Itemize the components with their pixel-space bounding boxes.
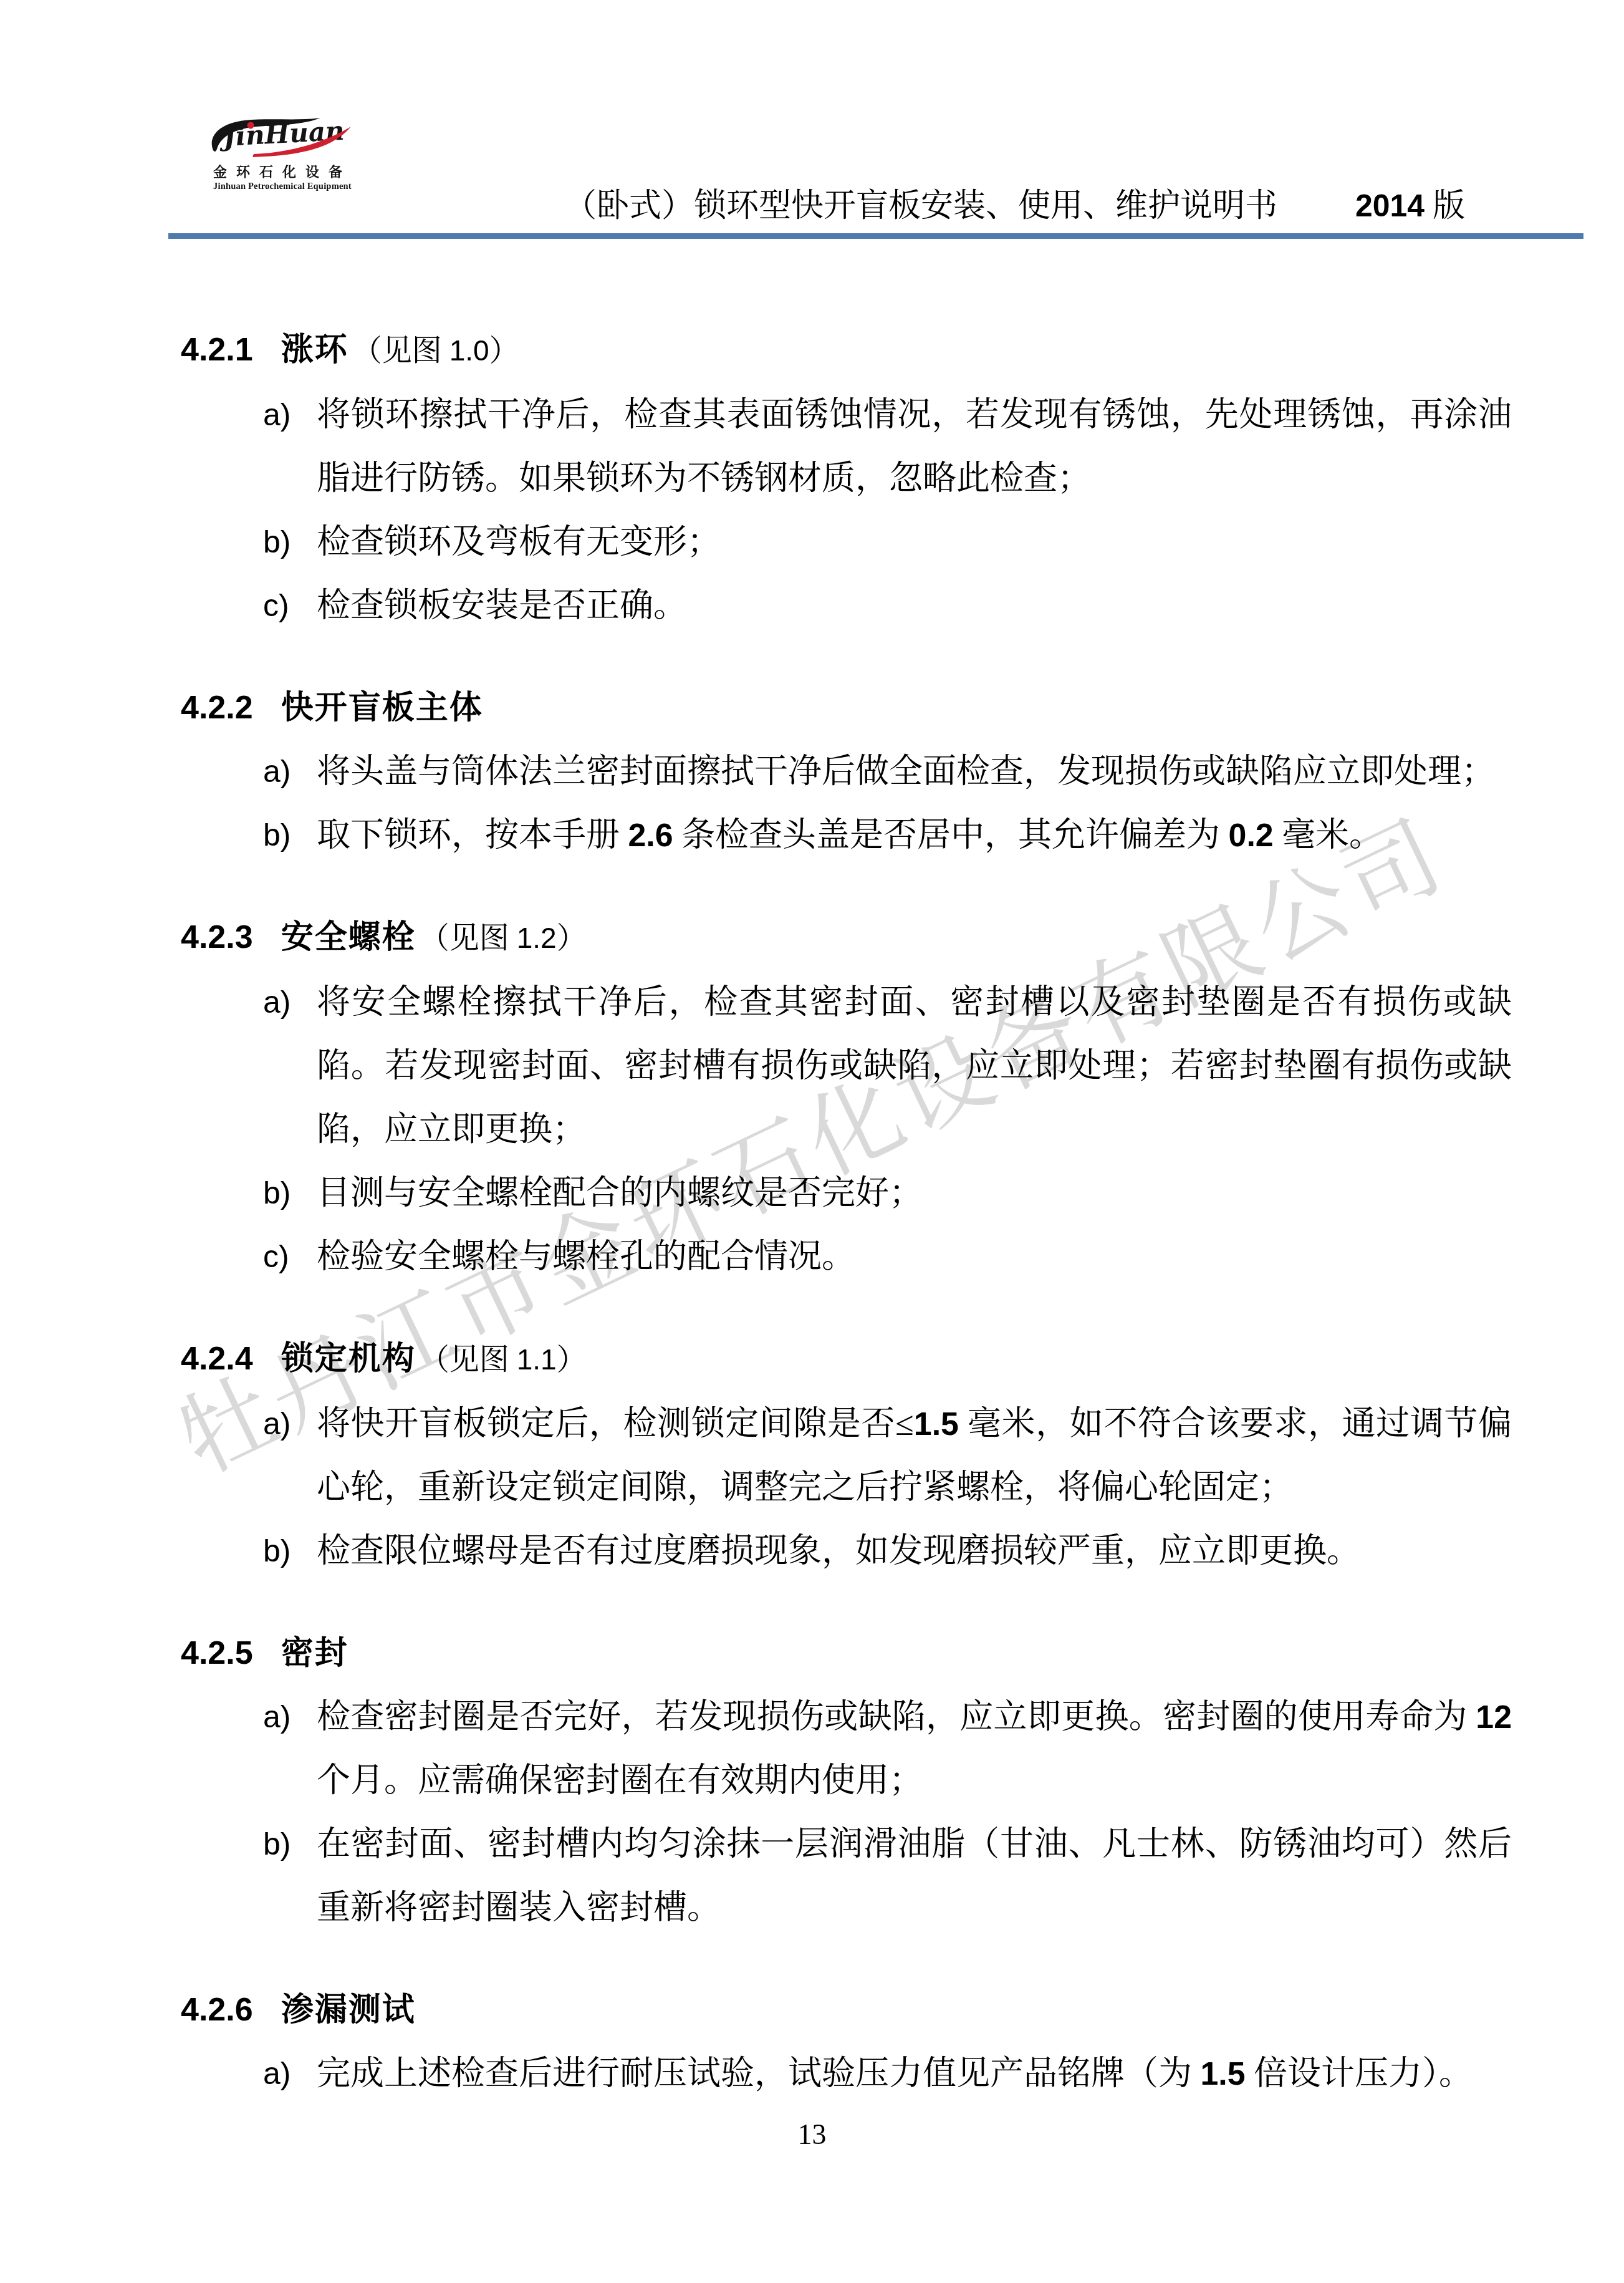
section-title: 快开盲板主体: [281, 690, 483, 726]
header-divider-rule: [168, 233, 1583, 239]
list-item-text: 将安全螺栓擦拭干净后，检查其密封面、密封槽以及密封垫圈是否有损伤或缺陷。若发现密…: [317, 983, 1512, 1148]
section-heading: 4.2.6渗漏测试: [181, 1978, 1512, 2042]
page-number: 13: [0, 2118, 1624, 2151]
list-item: b) 检查限位螺母是否有过度磨损现象，如发现磨损较严重，应立即更换。: [181, 1519, 1512, 1583]
section-figure-ref: （见图 1.2）: [420, 922, 587, 955]
list-item-text: 目测与安全螺栓配合的内螺纹是否完好；: [317, 1174, 923, 1212]
list-item: a) 将快开盲板锁定后，检测锁定间隙是否≤1.5 毫米，如不符合该要求，通过调节…: [181, 1392, 1512, 1519]
list-item: a) 检查密封圈是否完好，若发现损伤或缺陷，应立即更换。密封圈的使用寿命为 12…: [181, 1685, 1512, 1812]
section-title: 涨环: [281, 332, 348, 368]
list-item-marker: a): [263, 1392, 291, 1455]
section-figure-ref: （见图 1.1）: [420, 1343, 587, 1376]
section-heading: 4.2.3安全螺栓（见图 1.2）: [181, 905, 1512, 970]
list-item-text: 将快开盲板锁定后，检测锁定间隙是否≤1.5 毫米，如不符合该要求，通过调节偏心轮…: [317, 1405, 1512, 1506]
list-item-marker: c): [263, 1225, 289, 1288]
logo-swoosh-graphic: JinHuan: [209, 117, 353, 158]
list-item: b) 检查锁环及弯板有无变形；: [181, 510, 1512, 574]
section-title: 密封: [281, 1635, 348, 1671]
section-number: 4.2.4: [181, 1341, 253, 1377]
list-item: b) 在密封面、密封槽内均匀涂抹一层润滑油脂（甘油、凡士林、防锈油均可）然后重新…: [181, 1812, 1512, 1939]
list-item: b) 取下锁环，按本手册 2.6 条检查头盖是否居中，其允许偏差为 0.2 毫米…: [181, 803, 1512, 867]
manual-content: 4.2.1涨环（见图 1.0） a) 将锁环擦拭干净后，检查其表面锈蚀情况，若发…: [181, 318, 1512, 2105]
logo-red-dot: [247, 122, 254, 129]
section-number: 4.2.5: [181, 1635, 253, 1671]
section-heading: 4.2.5密封: [181, 1621, 1512, 1685]
section-4-2-5: 4.2.5密封 a) 检查密封圈是否完好，若发现损伤或缺陷，应立即更换。密封圈的…: [181, 1621, 1512, 1939]
section-number: 4.2.6: [181, 1992, 253, 2028]
document-title: （卧式）锁环型快开盲板安装、使用、维护说明书: [564, 188, 1277, 224]
list-item-marker: b): [263, 1812, 291, 1876]
logo-chinese-name: 金环石化设备: [209, 162, 358, 181]
list-item-marker: b): [263, 803, 291, 867]
list-item-text: 检查锁板安装是否正确。: [317, 587, 687, 624]
list-item-text: 取下锁环，按本手册 2.6 条检查头盖是否居中，其允许偏差为 0.2 毫米。: [317, 816, 1383, 854]
list-item-text: 将锁环擦拭干净后，检查其表面锈蚀情况，若发现有锈蚀，先处理锈蚀，再涂油脂进行防锈…: [317, 396, 1512, 497]
list-item-text: 检查锁环及弯板有无变形；: [317, 523, 721, 561]
list-item: a) 将头盖与筒体法兰密封面擦拭干净后做全面检查，发现损伤或缺陷应立即处理；: [181, 740, 1512, 803]
list-item: c) 检查锁板安装是否正确。: [181, 574, 1512, 637]
list-item-marker: c): [263, 574, 289, 637]
section-number: 4.2.3: [181, 919, 253, 955]
section-heading: 4.2.1涨环（见图 1.0）: [181, 318, 1512, 383]
section-heading: 4.2.2快开盲板主体: [181, 676, 1512, 740]
section-4-2-6: 4.2.6渗漏测试 a) 完成上述检查后进行耐压试验，试验压力值见产品铭牌（为 …: [181, 1978, 1512, 2105]
list-item-marker: b): [263, 1161, 291, 1225]
section-number: 4.2.2: [181, 690, 253, 726]
list-item-text: 检验安全螺栓与螺栓孔的配合情况。: [317, 1238, 855, 1275]
section-heading: 4.2.4锁定机构（见图 1.1）: [181, 1327, 1512, 1392]
section-4-2-2: 4.2.2快开盲板主体 a) 将头盖与筒体法兰密封面擦拭干净后做全面检查，发现损…: [181, 676, 1512, 867]
logo-english-name: Jinhuan Petrochemical Equipment: [209, 181, 358, 192]
logo-script-text: JinHuan: [218, 117, 345, 152]
list-item-text: 完成上述检查后进行耐压试验，试验压力值见产品铭牌（为 1.5 倍设计压力）。: [317, 2055, 1473, 2092]
section-4-2-4: 4.2.4锁定机构（见图 1.1） a) 将快开盲板锁定后，检测锁定间隙是否≤1…: [181, 1327, 1512, 1583]
document-page: 牡丹江市金环石化设备有限公司 JinHuan 金环石化设备 Jinhuan Pe…: [0, 0, 1624, 2283]
list-item-marker: b): [263, 1519, 291, 1583]
list-item-marker: a): [263, 740, 291, 803]
section-title: 渗漏测试: [281, 1992, 416, 2028]
document-header: （卧式）锁环型快开盲板安装、使用、维护说明书2014 版: [564, 188, 1465, 224]
list-item-text: 将头盖与筒体法兰密封面擦拭干净后做全面检查，发现损伤或缺陷应立即处理；: [317, 753, 1495, 790]
list-item: a) 完成上述检查后进行耐压试验，试验压力值见产品铭牌（为 1.5 倍设计压力）…: [181, 2042, 1512, 2105]
document-edition: 2014 版: [1355, 188, 1465, 224]
list-item: a) 将安全螺栓擦拭干净后，检查其密封面、密封槽以及密封垫圈是否有损伤或缺陷。若…: [181, 970, 1512, 1161]
list-item: b) 目测与安全螺栓配合的内螺纹是否完好；: [181, 1161, 1512, 1225]
section-figure-ref: （见图 1.0）: [352, 334, 519, 367]
section-4-2-1: 4.2.1涨环（见图 1.0） a) 将锁环擦拭干净后，检查其表面锈蚀情况，若发…: [181, 318, 1512, 637]
section-title: 安全螺栓: [281, 919, 416, 955]
list-item: c) 检验安全螺栓与螺栓孔的配合情况。: [181, 1225, 1512, 1288]
list-item-marker: a): [263, 2042, 291, 2105]
section-number: 4.2.1: [181, 332, 253, 368]
company-logo: JinHuan 金环石化设备 Jinhuan Petrochemical Equ…: [209, 117, 358, 192]
list-item-text: 在密封面、密封槽内均匀涂抹一层润滑油脂（甘油、凡士林、防锈油均可）然后重新将密封…: [317, 1825, 1512, 1926]
list-item-marker: a): [263, 383, 291, 446]
list-item-marker: b): [263, 510, 291, 574]
section-4-2-3: 4.2.3安全螺栓（见图 1.2） a) 将安全螺栓擦拭干净后，检查其密封面、密…: [181, 905, 1512, 1288]
list-item-marker: a): [263, 970, 291, 1034]
list-item: a) 将锁环擦拭干净后，检查其表面锈蚀情况，若发现有锈蚀，先处理锈蚀，再涂油脂进…: [181, 383, 1512, 510]
list-item-marker: a): [263, 1685, 291, 1749]
section-title: 锁定机构: [281, 1341, 416, 1377]
list-item-text: 检查密封圈是否完好，若发现损伤或缺陷，应立即更换。密封圈的使用寿命为 12 个月…: [317, 1698, 1512, 1799]
list-item-text: 检查限位螺母是否有过度磨损现象，如发现磨损较严重，应立即更换。: [317, 1532, 1360, 1570]
